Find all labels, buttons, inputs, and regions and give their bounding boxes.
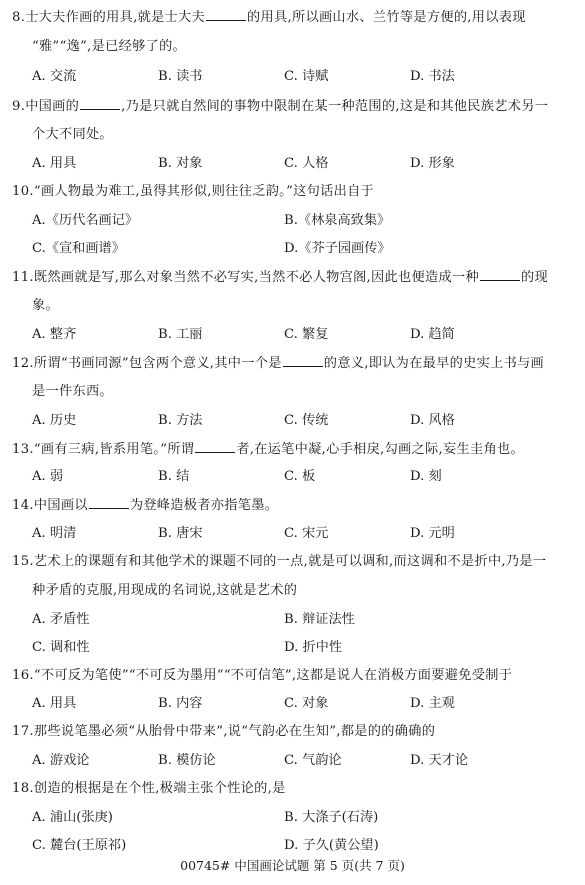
option-a: A. 用具 — [32, 155, 76, 173]
question-text: 的现 — [521, 270, 548, 285]
option-b: B. 模仿论 — [158, 752, 216, 770]
option-d: D. 趋简 — [410, 326, 455, 344]
question-15: 15.艺术上的课题有和其他学术的课题不同的一点,就是可以调和,而这调和不是折中,… — [12, 553, 546, 571]
option-c: C. 对象 — [284, 695, 328, 713]
answer-blank — [89, 496, 129, 509]
option-c: C.《宣和画谱》 — [32, 240, 125, 258]
question-text: 士大夫作画的用具,就是士大夫 — [25, 10, 205, 25]
question-13: 13.“画有三病,皆系用笔。”所谓者,在运笔中凝,心手相戾,勾画之际,妄生圭角也… — [12, 440, 524, 459]
option-d: D. 主观 — [410, 695, 455, 713]
option-b: B. 结 — [158, 468, 189, 486]
option-b: B. 辩证法性 — [284, 611, 355, 629]
question-text: “画有三病,皆系用笔。”所谓 — [34, 442, 194, 457]
option-d: D. 书法 — [410, 68, 455, 86]
option-a: A. 明清 — [32, 525, 76, 543]
question-11-cont: 象。 — [32, 297, 59, 315]
option-a: A. 弱 — [32, 468, 63, 486]
option-c: C. 宋元 — [284, 525, 328, 543]
option-d: D. 折中性 — [284, 639, 342, 657]
answer-blank — [283, 354, 323, 367]
question-number: 14. — [12, 498, 34, 513]
option-b: B. 内容 — [158, 695, 202, 713]
question-text: 中国画的 — [25, 99, 79, 114]
exam-page: 8.士大夫作画的用具,就是士大夫的用具,所以画山水、兰竹等是方便的,用以表现 “… — [0, 0, 585, 885]
question-12: 12.所谓“书画同源”包含两个意义,其中一个是的意义,即认为在最早的史实上书与画 — [12, 354, 544, 373]
option-b: B.《林泉高致集》 — [284, 212, 390, 230]
option-a: A. 浦山(张庚) — [32, 809, 113, 827]
question-number: 17. — [12, 724, 34, 739]
option-a: A. 整齐 — [32, 326, 76, 344]
question-text: 者,在运笔中凝,心手相戾,勾画之际,妄生圭角也。 — [236, 442, 524, 457]
option-b: B. 方法 — [158, 412, 202, 430]
question-text: 中国画以 — [34, 498, 88, 513]
option-c: C. 繁复 — [284, 326, 328, 344]
option-d: D. 风格 — [410, 412, 455, 430]
question-text: 艺术上的课题有和其他学术的课题不同的一点,就是可以调和,而这调和不是折中,乃是一 — [34, 554, 547, 569]
option-b: B. 读书 — [158, 68, 202, 86]
option-c: C. 麓台(王原祁) — [32, 837, 126, 855]
answer-blank — [480, 268, 520, 281]
question-text: 所谓“书画同源”包含两个意义,其中一个是 — [34, 356, 282, 371]
question-number: 15. — [12, 554, 34, 569]
question-11: 11.既然画就是写,那么对象当然不必写实,当然不必人物宫阁,因此也便造成一种的现 — [12, 268, 548, 287]
option-a: A. 历史 — [32, 412, 76, 430]
option-b: B. 大涤子(石涛) — [284, 809, 378, 827]
question-16: 16.“不可反为笔使”“不可反为墨用”“不可信笔”,这都是说人在消极方面要避免受… — [12, 667, 512, 685]
question-number: 8. — [12, 10, 25, 25]
option-a: A. 游戏论 — [32, 752, 89, 770]
option-d: D. 天才论 — [410, 752, 468, 770]
option-c: C. 板 — [284, 468, 315, 486]
page-footer: 00745# 中国画论试题 第 5 页(共 7 页) — [0, 857, 585, 875]
question-number: 16. — [12, 668, 34, 683]
option-a: A. 交流 — [32, 68, 76, 86]
option-d: D. 刻 — [410, 468, 442, 486]
question-number: 11. — [12, 270, 34, 285]
option-a: A. 矛盾性 — [32, 611, 89, 629]
question-8-cont: “雅”“逸”,是已经够了的。 — [32, 38, 186, 56]
question-text: 的用具,所以画山水、兰竹等是方便的,用以表现 — [247, 10, 526, 25]
question-text: 创造的根据是在个性,极端主张个性论的,是 — [34, 781, 286, 796]
option-c: C. 调和性 — [32, 639, 90, 657]
option-b: B. 对象 — [158, 155, 202, 173]
answer-blank — [206, 8, 246, 21]
question-8: 8.士大夫作画的用具,就是士大夫的用具,所以画山水、兰竹等是方便的,用以表现 — [12, 8, 526, 27]
answer-blank — [80, 97, 120, 110]
option-c: C. 诗赋 — [284, 68, 328, 86]
option-a: A.《历代名画记》 — [32, 212, 138, 230]
question-text: ,乃是只就自然间的事物中限制在某一种范围的,这是和其他民族艺术另一 — [121, 99, 548, 114]
question-number: 18. — [12, 781, 34, 796]
question-text: 为登峰造极者亦指笔墨。 — [130, 498, 278, 513]
question-number: 10. — [12, 184, 34, 199]
question-text: “画人物最为难工,虽得其形似,则往往乏韵。”这句话出自于 — [34, 184, 374, 199]
question-15-cont: 种矛盾的克服,用现成的名词说,这就是艺术的 — [32, 582, 297, 600]
option-d: D.《芥子园画传》 — [284, 240, 391, 258]
option-d: D. 元明 — [410, 525, 455, 543]
question-number: 13. — [12, 442, 34, 457]
option-b: B. 工丽 — [158, 326, 202, 344]
option-d: D. 子久(黄公望) — [284, 837, 379, 855]
question-10: 10.“画人物最为难工,虽得其形似,则往往乏韵。”这句话出自于 — [12, 183, 374, 201]
option-c: C. 气韵论 — [284, 752, 342, 770]
question-text: 那些说笔墨必须“从胎骨中带来”,说“气韵必在生知”,都是的的确确的 — [34, 724, 435, 739]
question-number: 9. — [12, 99, 25, 114]
question-text: 既然画就是写,那么对象当然不必写实,当然不必人物宫阁,因此也便造成一种 — [34, 270, 479, 285]
option-b: B. 唐宋 — [158, 525, 202, 543]
option-d: D. 形象 — [410, 155, 455, 173]
option-a: A. 用具 — [32, 695, 76, 713]
question-text: 的意义,即认为在最早的史实上书与画 — [324, 356, 544, 371]
question-14: 14.中国画以为登峰造极者亦指笔墨。 — [12, 496, 278, 515]
option-c: C. 人格 — [284, 155, 328, 173]
option-c: C. 传统 — [284, 412, 328, 430]
question-9-cont: 个大不同处。 — [32, 126, 113, 144]
question-9: 9.中国画的,乃是只就自然间的事物中限制在某一种范围的,这是和其他民族艺术另一 — [12, 97, 548, 116]
question-12-cont: 是一件东西。 — [32, 383, 113, 401]
question-17: 17.那些说笔墨必须“从胎骨中带来”,说“气韵必在生知”,都是的的确确的 — [12, 723, 435, 741]
question-number: 12. — [12, 356, 34, 371]
question-18: 18.创造的根据是在个性,极端主张个性论的,是 — [12, 780, 286, 798]
question-text: “不可反为笔使”“不可反为墨用”“不可信笔”,这都是说人在消极方面要避免受制于 — [34, 668, 512, 683]
answer-blank — [195, 440, 235, 453]
